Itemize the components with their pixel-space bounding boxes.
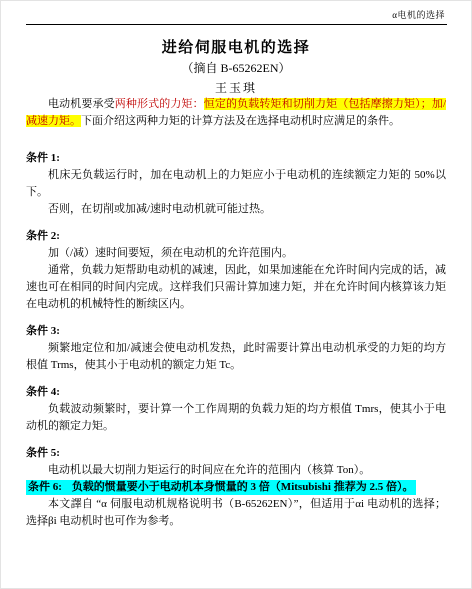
condition-1-paragraph: 否则，在切削或加减/速时电动机就可能过热。: [26, 201, 446, 218]
condition-4-label: 条件 4:: [26, 384, 446, 401]
condition-2-section: 条件 2: 加（/减）速时间要短，须在电动机的允许范围内。 通常，负载力矩帮助电…: [26, 228, 446, 313]
condition-2-paragraph: 加（/减）速时间要短，须在电动机的允许范围内。: [26, 245, 446, 262]
intro-red-text: 两种形式的力矩：: [115, 98, 204, 110]
condition-5-label: 条件 5:: [26, 445, 446, 462]
condition-3-label: 条件 3:: [26, 323, 446, 340]
condition-6-cyan-highlight: 条件 6:负载的惯量要小于电动机本身惯量的 3 倍（Mitsubishi 推荐为…: [26, 480, 416, 495]
condition-1-label: 条件 1:: [26, 150, 446, 167]
page-subtitle: （摘自 B-65262EN）: [1, 59, 471, 76]
condition-5-paragraph: 电动机以最大切削力矩运行的时间应在允许的范围内（核算 Ton）。: [26, 462, 446, 479]
condition-1-paragraph: 机床无负载运行时，加在电动机上的力矩应小于电动机的连续额定力矩的 50%以下。: [26, 167, 446, 201]
condition-5-section: 条件 5: 电动机以最大切削力矩运行的时间应在允许的范围内（核算 Ton）。: [26, 445, 446, 479]
condition-4-section: 条件 4: 负载波动频繁时，要计算一个工作周期的负载力矩的均方根值 Tmrs，使…: [26, 384, 446, 435]
page-title: 进给伺服电机的选择: [1, 36, 471, 57]
running-header: α电机的选择: [1, 1, 471, 21]
condition-4-paragraph: 负载波动频繁时，要计算一个工作周期的负载力矩的均方根值 Tmrs，使其小于电动机…: [26, 401, 446, 435]
condition-3-paragraph: 频繁地定位和加/减速会使电动机发热，此时需要计算出电动机承受的力矩的均方根值 T…: [26, 340, 446, 374]
condition-3-section: 条件 3: 频繁地定位和加/减速会使电动机发热，此时需要计算出电动机承受的力矩的…: [26, 323, 446, 374]
condition-1-section: 条件 1: 机床无负载运行时，加在电动机上的力矩应小于电动机的连续额定力矩的 5…: [26, 150, 446, 218]
page-author: 王玉琪: [1, 79, 471, 96]
intro-paragraph: 电动机要承受两种形式的力矩：恒定的负载转矩和切削力矩（包括摩擦力矩）；加/减速力…: [26, 96, 446, 130]
condition-6-line: 条件 6:负载的惯量要小于电动机本身惯量的 3 倍（Mitsubishi 推荐为…: [26, 479, 446, 496]
condition-6-text: 负载的惯量要小于电动机本身惯量的 3 倍（Mitsubishi 推荐为 2.5 …: [72, 481, 414, 493]
document-page: α电机的选择 进给伺服电机的选择 （摘自 B-65262EN） 王玉琪 电动机要…: [0, 0, 472, 589]
intro-lead-text: 电动机要承受: [48, 98, 115, 110]
closing-paragraph: 本文譯自 “α 伺服电动机规格说明书（B-65262EN）”，但适用于αi 电动…: [26, 496, 446, 530]
intro-rest-text: 下面介绍这两种力矩的计算方法及在选择电动机时应满足的条件。: [81, 115, 400, 127]
condition-6-label: 条件 6:: [28, 481, 62, 493]
document-body: 电动机要承受两种形式的力矩：恒定的负载转矩和切削力矩（包括摩擦力矩）；加/减速力…: [26, 96, 446, 530]
condition-2-paragraph: 通常，负载力矩帮助电动机的减速，因此，如果加速能在允许时间内完成的话，减速也可在…: [26, 262, 446, 313]
header-rule: [26, 24, 447, 25]
condition-2-label: 条件 2:: [26, 228, 446, 245]
